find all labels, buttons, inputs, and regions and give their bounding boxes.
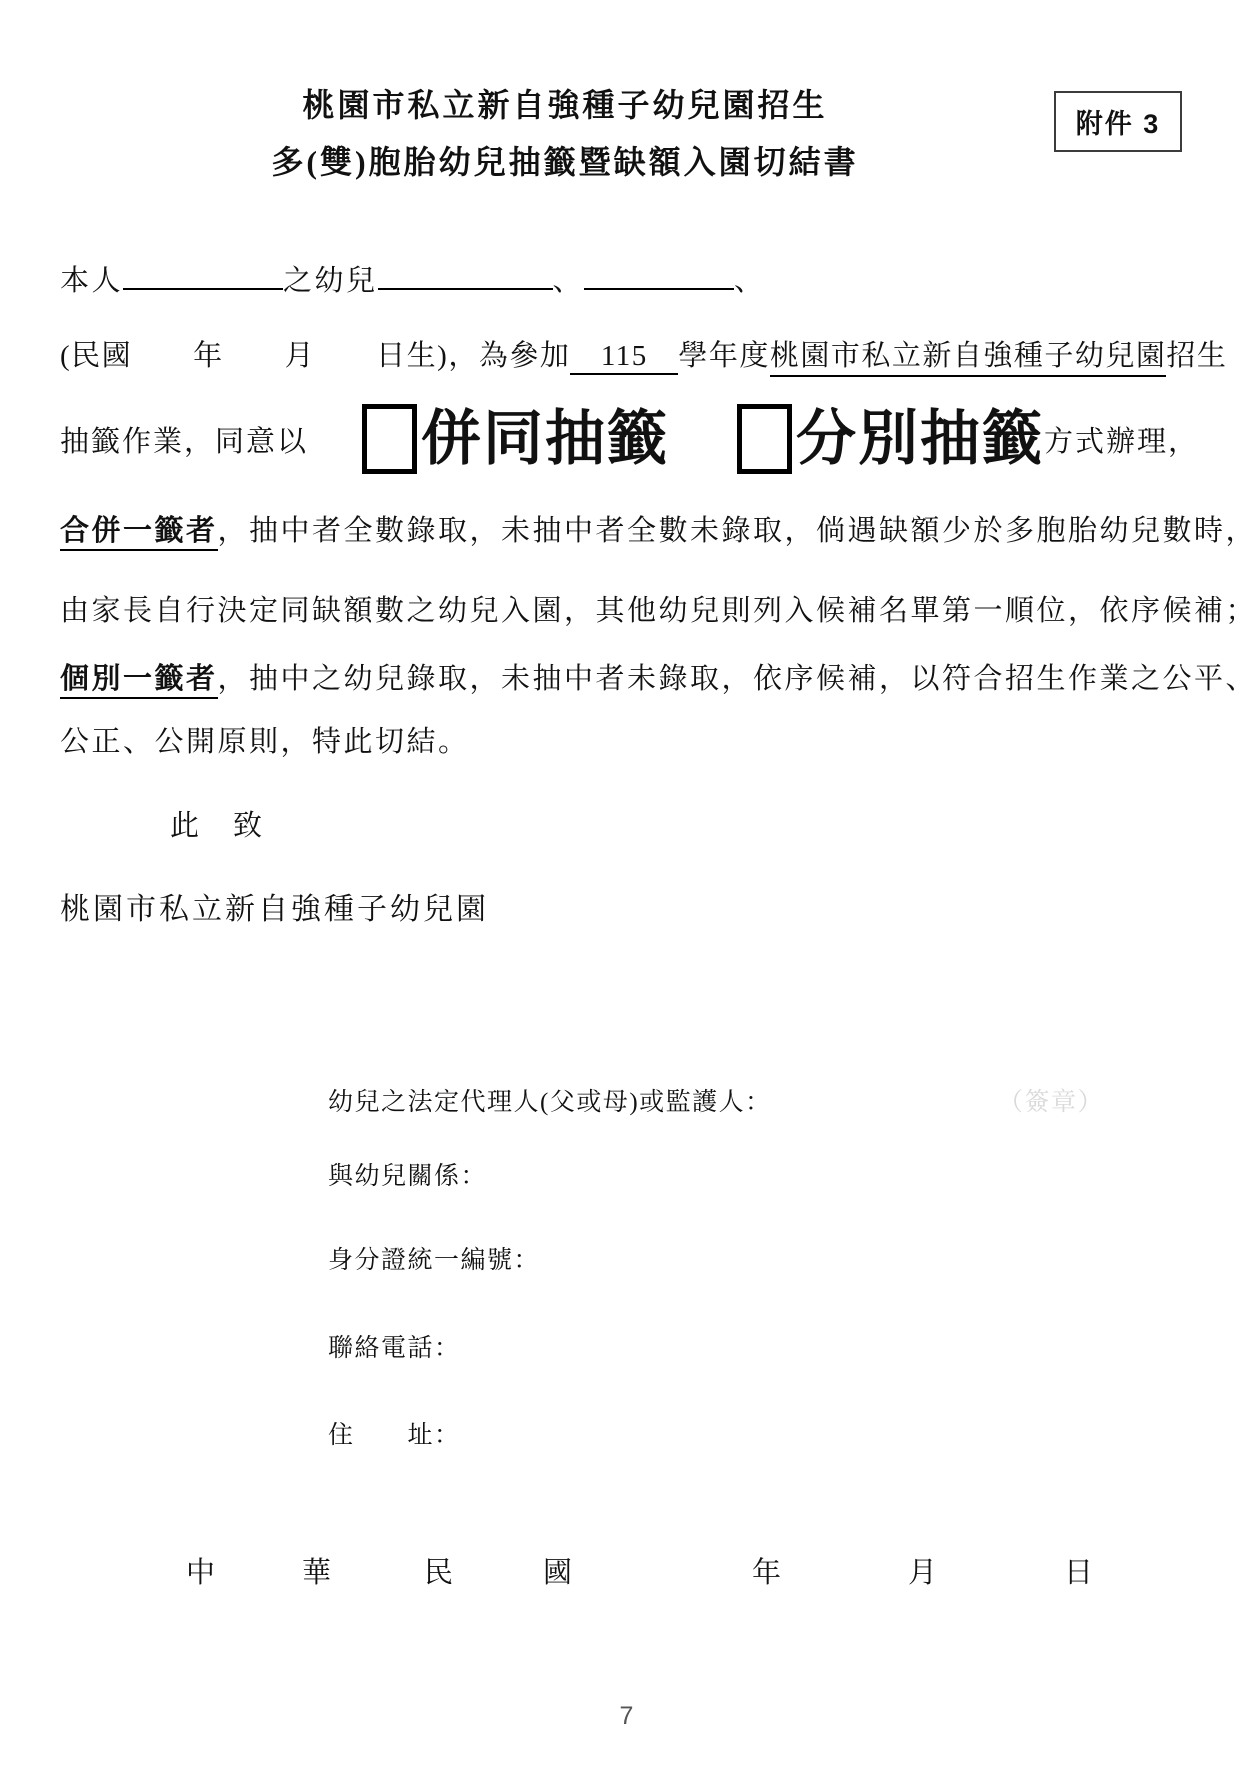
date-char-guo: 國 — [543, 1550, 572, 1591]
phone-line: 聯絡電話： — [328, 1328, 461, 1364]
method-suffix: 方式辦理， — [1044, 419, 1199, 460]
principle-line: 公正、公開原則，特此切結。 — [60, 719, 470, 760]
children-prefix: 之幼兒 — [283, 265, 378, 297]
relation-label: 與幼兒關係： — [328, 1163, 487, 1190]
seal-hint: （簽章） — [998, 1082, 1104, 1118]
school-year-value: 115 — [601, 340, 648, 372]
joint-rule-line1: 合併一籤者，抽中者全數錄取，未抽中者全數未錄取，倘遇缺額少於多胞胎幼兒數時， — [60, 508, 1253, 549]
page-number: 7 — [0, 1702, 1253, 1731]
document-title-line1-wrap: 桃園市私立新自強種子幼兒園招生 — [0, 80, 1130, 126]
school-year-blank[interactable]: 115 — [570, 340, 678, 375]
applicant-children-line: 本人之幼兒、、 — [60, 258, 766, 299]
separate-draw-label: 分別抽籤 — [796, 409, 1044, 469]
date-char-zhong: 中 — [186, 1550, 215, 1591]
admission-suffix: 招生 — [1166, 340, 1227, 372]
address-label: 住 址： — [328, 1422, 461, 1449]
addressee-school: 桃園市私立新自強種子幼兒園 — [60, 884, 489, 928]
applicant-prefix: 本人 — [60, 265, 123, 297]
birthdate-text: (民國 年 月 日生)，為參加 — [60, 340, 570, 372]
joint-rule-text2: 由家長自行決定同缺額數之幼兒入園，其他幼兒則列入候補名單第一順位，依序候補； — [60, 595, 1253, 627]
date-char-month: 月 — [908, 1550, 937, 1591]
id-number-label: 身分證統一編號： — [328, 1247, 540, 1274]
separate-rule-line1: 個別一籤者，抽中之幼兒錄取，未抽中者未錄取，依序候補，以符合招生作業之公平、 — [60, 656, 1253, 697]
lottery-method-row: 抽籤作業，同意以 併同抽籤 分別抽籤 方式辦理， — [60, 404, 1199, 474]
id-number-line: 身分證統一編號： — [328, 1240, 540, 1276]
closing-salute-text: 此 致 — [170, 810, 265, 842]
addressee-school-name: 桃園市私立新自強種子幼兒園 — [60, 893, 489, 926]
closing-salute: 此 致 — [170, 803, 265, 844]
child-name-separator-2: 、 — [734, 265, 766, 297]
address-line: 住 址： — [328, 1415, 461, 1451]
joint-term: 合併一籤者 — [60, 515, 218, 551]
document-page: 附件 3 桃園市私立新自強種子幼兒園招生 多(雙)胞胎幼兒抽籤暨缺額入園切結書 … — [0, 0, 1253, 1785]
phone-label: 聯絡電話： — [328, 1335, 461, 1362]
joint-draw-checkbox[interactable] — [362, 404, 417, 474]
joint-rule-text1: ，抽中者全數錄取，未抽中者全數未錄取，倘遇缺額少於多胞胎幼兒數時， — [218, 515, 1253, 547]
child-name-2-blank[interactable] — [584, 258, 734, 290]
separate-term: 個別一籤者 — [60, 663, 218, 699]
date-char-year: 年 — [752, 1550, 781, 1591]
seal-hint-text: （簽章） — [998, 1089, 1104, 1116]
relation-line: 與幼兒關係： — [328, 1156, 487, 1192]
guardian-label: 幼兒之法定代理人(父或母)或監護人： — [328, 1089, 772, 1116]
date-char-day: 日 — [1064, 1550, 1093, 1591]
guardian-line: 幼兒之法定代理人(父或母)或監護人： — [328, 1082, 772, 1118]
document-title-line1: 桃園市私立新自強種子幼兒園招生 — [302, 87, 827, 123]
separate-rule-text1: ，抽中之幼兒錄取，未抽中者未錄取，依序候補，以符合招生作業之公平、 — [218, 663, 1253, 695]
date-char-hua: 華 — [302, 1550, 331, 1591]
applicant-name-blank[interactable] — [123, 258, 283, 290]
joint-draw-label: 併同抽籤 — [421, 409, 669, 469]
document-title-line2: 多(雙)胞胎幼兒抽籤暨缺額入園切結書 — [271, 144, 858, 180]
joint-rule-line2: 由家長自行決定同缺額數之幼兒入園，其他幼兒則列入候補名單第一順位，依序候補； — [60, 588, 1253, 629]
school-name-underlined: 桃園市私立新自強種子幼兒園 — [770, 340, 1167, 377]
child-name-1-blank[interactable] — [378, 258, 553, 290]
document-title-line2-wrap: 多(雙)胞胎幼兒抽籤暨缺額入園切結書 — [0, 137, 1130, 183]
child-name-separator-1: 、 — [553, 265, 585, 297]
date-char-min: 民 — [424, 1550, 453, 1591]
birthdate-schoolyear-line: (民國 年 月 日生)，為參加115學年度桃園市私立新自強種子幼兒園招生 — [60, 333, 1227, 375]
separate-draw-checkbox[interactable] — [737, 404, 792, 474]
lottery-consent-prefix: 抽籤作業，同意以 — [60, 419, 308, 460]
school-year-suffix: 學年度 — [678, 340, 770, 372]
page-number-value: 7 — [620, 1702, 634, 1730]
principle-text: 公正、公開原則，特此切結。 — [60, 726, 470, 758]
